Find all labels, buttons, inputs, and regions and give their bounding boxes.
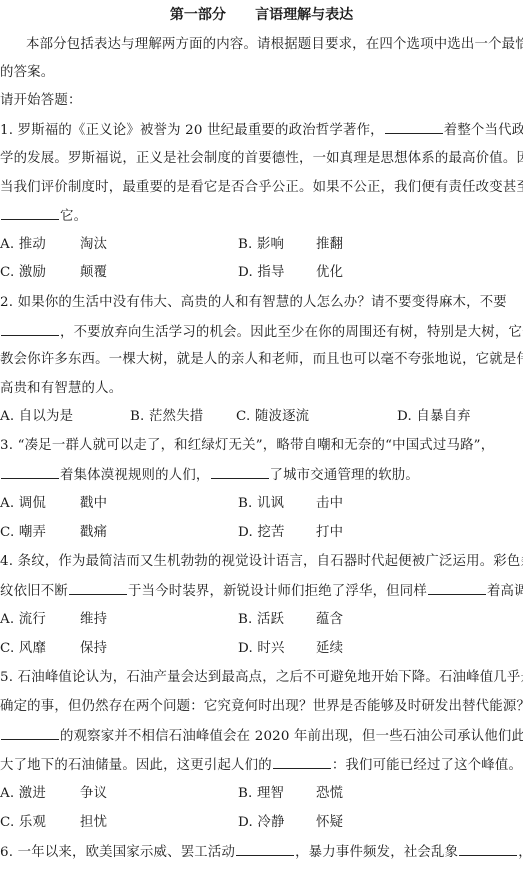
option-letter: C. bbox=[0, 641, 19, 656]
question-text: 着整个当代政治哲 bbox=[444, 123, 523, 138]
option-word-2: 争议 bbox=[80, 783, 107, 805]
question-text: 当我们评价制度时，最重要的是看它是否合乎公正。如果不公正，我们便有责任改变甚至 bbox=[0, 180, 523, 195]
question-text: 6. 一年以来，欧美国家示威、罢工活动 bbox=[0, 845, 235, 860]
option-d[interactable]: D. 挖苦打中 bbox=[238, 522, 285, 544]
section-name: 言语理解与表达 bbox=[255, 7, 353, 23]
option-b[interactable]: B. 活跃蕴含 bbox=[238, 609, 284, 631]
question-text: 3. “凑足一群人就可以走了，和红绿灯无关”，略带自嘲和无奈的“中国式过马路”， bbox=[0, 438, 494, 453]
option-d[interactable]: D. 冷静怀疑 bbox=[238, 812, 285, 834]
options-row: C. 风靡保持D. 时兴延续 bbox=[0, 638, 523, 660]
option-word-2: 蕴含 bbox=[316, 609, 343, 631]
question-text: ，不要放弃向生活学习的机会。因此至少在你的周围还有树，特别是大树，它会 bbox=[60, 325, 523, 340]
option-letter: B. bbox=[238, 496, 257, 511]
options-row: A. 自以为是B. 茫然失措C. 随波逐流D. 自暴自弃 bbox=[0, 406, 523, 428]
options-row: C. 乐观担忧D. 冷静怀疑 bbox=[0, 812, 523, 834]
options-row: C. 激励颠覆D. 指导优化 bbox=[0, 262, 523, 284]
question-1-line: 学的发展。罗斯福说，正义是社会制度的首要德性，一如真理是思想体系的最高价值。因此… bbox=[0, 148, 523, 170]
option-b[interactable]: B. 茫然失措 bbox=[130, 406, 203, 428]
option-word-2: 怀疑 bbox=[316, 812, 343, 834]
option-letter: A. bbox=[0, 409, 14, 424]
answer-blank bbox=[1, 205, 59, 220]
question-text: 了城市交通管理的软肋。 bbox=[270, 468, 420, 483]
option-a[interactable]: A. 调侃戳中 bbox=[0, 493, 46, 515]
intro-text-cont: 的答案。 bbox=[0, 62, 523, 84]
question-1-line: 当我们评价制度时，最重要的是看它是否合乎公正。如果不公正，我们便有责任改变甚至 bbox=[0, 177, 523, 199]
answer-blank bbox=[236, 841, 294, 856]
option-word-1: 时兴 bbox=[257, 641, 284, 656]
option-word-1: 嘲弄 bbox=[19, 525, 46, 540]
option-letter: D. bbox=[238, 265, 257, 280]
question-2-line: 高贵和有智慧的人。 bbox=[0, 378, 523, 400]
question-text: 4. 条纹，作为最简洁而又生机勃勃的视觉设计语言，自石器时代起便被广泛运用。彩色… bbox=[0, 554, 523, 569]
option-a[interactable]: A. 自以为是 bbox=[0, 406, 73, 428]
option-word-2: 延续 bbox=[316, 638, 343, 660]
option-word-1: 冷静 bbox=[257, 815, 284, 830]
option-letter: D. bbox=[238, 815, 257, 830]
option-word-1: 风靡 bbox=[19, 641, 46, 656]
question-6-line: 6. 一年以来，欧美国家示威、罢工活动，暴力事件频发，社会乱象， bbox=[0, 841, 523, 863]
option-word-1: 指导 bbox=[257, 265, 284, 280]
question-text: 确定的事，但仍然存在两个问题：它究竟何时出现？世界是否能够及时研发出替代能源？ bbox=[0, 699, 523, 714]
option-d[interactable]: D. 时兴延续 bbox=[238, 638, 285, 660]
options-row: A. 激进争议B. 理智恐慌 bbox=[0, 783, 523, 805]
option-word-1: 流行 bbox=[19, 612, 46, 627]
start-prompt: 请开始答题： bbox=[0, 90, 523, 112]
option-word-1: 影响 bbox=[257, 237, 284, 252]
options-row: A. 调侃戳中B. 讥讽击中 bbox=[0, 493, 523, 515]
question-2-line: 2. 如果你的生活中没有伟大、高贵的人和有智慧的人怎么办？请不要变得麻木，不要 bbox=[0, 292, 523, 314]
option-letter: C. bbox=[236, 409, 250, 424]
answer-blank bbox=[1, 725, 59, 740]
option-letter: C. bbox=[0, 525, 19, 540]
option-letter: C. bbox=[0, 815, 19, 830]
question-5-line: 确定的事，但仍然存在两个问题：它究竟何时出现？世界是否能够及时研发出替代能源？ bbox=[0, 696, 523, 718]
answer-blank bbox=[459, 841, 517, 856]
option-word-1: 讥讽 bbox=[257, 496, 284, 511]
question-4-line: 4. 条纹，作为最简洁而又生机勃勃的视觉设计语言，自石器时代起便被广泛运用。彩色… bbox=[0, 551, 523, 573]
section-part: 第一部分 bbox=[170, 7, 226, 23]
question-text: ，暴力事件频发，社会乱象 bbox=[295, 845, 458, 860]
options-row: A. 推动淘汰B. 影响推翻 bbox=[0, 234, 523, 256]
question-3-line: 着集体漠视规则的人们，了城市交通管理的软肋。 bbox=[0, 464, 523, 486]
option-letter: B. bbox=[130, 409, 145, 424]
answer-blank bbox=[385, 119, 443, 134]
question-text: 于当今时装界，新锐设计师们拒绝了浮华，但同样 bbox=[128, 584, 427, 599]
option-word-2: 淘汰 bbox=[80, 234, 107, 256]
answer-blank bbox=[273, 754, 331, 769]
option-word-1: 挖苦 bbox=[257, 525, 284, 540]
exam-page: 第一部分 言语理解与表达 本部分包括表达与理解两方面的内容。请根据题目要求，在四… bbox=[0, 0, 523, 884]
option-word-1: 激励 bbox=[19, 265, 46, 280]
answer-blank bbox=[1, 464, 59, 479]
option-word-1: 随波逐流 bbox=[255, 409, 309, 424]
question-2-line: ，不要放弃向生活学习的机会。因此至少在你的周围还有树，特别是大树，它会 bbox=[0, 321, 523, 343]
option-word-1: 理智 bbox=[257, 786, 284, 801]
question-3-line: 3. “凑足一群人就可以走了，和红绿灯无关”，略带自嘲和无奈的“中国式过马路”， bbox=[0, 435, 523, 457]
option-c[interactable]: C. 乐观担忧 bbox=[0, 812, 46, 834]
question-text: ：我们可能已经过了这个峰值。 bbox=[332, 758, 522, 773]
option-letter: B. bbox=[238, 786, 257, 801]
option-letter: A. bbox=[0, 786, 19, 801]
option-word-2: 保持 bbox=[80, 638, 107, 660]
option-letter: D. bbox=[238, 525, 257, 540]
options-row: C. 嘲弄戳痛D. 挖苦打中 bbox=[0, 522, 523, 544]
option-letter: A. bbox=[0, 612, 19, 627]
option-b[interactable]: B. 讥讽击中 bbox=[238, 493, 284, 515]
question-text: 的观察家并不相信石油峰值会在 2020 年前出现，但一些石油公司承认他们此前夸 bbox=[60, 729, 523, 744]
option-letter: B. bbox=[238, 612, 257, 627]
question-text: 纹依旧不断 bbox=[0, 584, 68, 599]
option-b[interactable]: B. 理智恐慌 bbox=[238, 783, 284, 805]
answer-blank bbox=[69, 580, 127, 595]
option-letter: A. bbox=[0, 237, 19, 252]
question-text: 2. 如果你的生活中没有伟大、高贵的人和有智慧的人怎么办？请不要变得麻木，不要 bbox=[0, 295, 507, 310]
option-word-2: 优化 bbox=[316, 262, 343, 284]
question-4-line: 纹依旧不断于当今时装界，新锐设计师们拒绝了浮华，但同样着高调。 bbox=[0, 580, 523, 602]
question-text: 着高调。 bbox=[487, 584, 523, 599]
option-word-2: 打中 bbox=[316, 522, 343, 544]
answer-blank bbox=[428, 580, 486, 595]
option-word-2: 戳中 bbox=[80, 493, 107, 515]
question-1-line: 它。 bbox=[0, 205, 523, 227]
option-letter: D. bbox=[397, 409, 412, 424]
question-text: 着集体漠视规则的人们， bbox=[60, 468, 210, 483]
question-text: 5. 石油峰值论认为，石油产量会达到最高点，之后不可避免地开始下降。石油峰值几乎… bbox=[0, 670, 523, 685]
option-letter: B. bbox=[238, 237, 257, 252]
question-2-line: 教会你许多东西。一棵大树，就是人的亲人和老师，而且也可以毫不夸张地说，它就是伟大… bbox=[0, 349, 523, 371]
question-text: ， bbox=[518, 845, 523, 860]
option-d[interactable]: D. 指导优化 bbox=[238, 262, 285, 284]
option-c[interactable]: C. 嘲弄戳痛 bbox=[0, 522, 46, 544]
option-c[interactable]: C. 风靡保持 bbox=[0, 638, 46, 660]
option-word-2: 推翻 bbox=[316, 234, 343, 256]
option-word-2: 担忧 bbox=[80, 812, 107, 834]
option-word-1: 调侃 bbox=[19, 496, 46, 511]
option-b[interactable]: B. 影响推翻 bbox=[238, 234, 284, 256]
option-d[interactable]: D. 自暴自弃 bbox=[397, 406, 471, 428]
question-text: 大了地下的石油储量。因此，这更引起人们的 bbox=[0, 758, 272, 773]
options-row: A. 流行维持B. 活跃蕴含 bbox=[0, 609, 523, 631]
answer-blank bbox=[1, 321, 59, 336]
question-5-line: 5. 石油峰值论认为，石油产量会达到最高点，之后不可避免地开始下降。石油峰值几乎… bbox=[0, 667, 523, 689]
question-5-line: 的观察家并不相信石油峰值会在 2020 年前出现，但一些石油公司承认他们此前夸 bbox=[0, 725, 523, 747]
question-text: 教会你许多东西。一棵大树，就是人的亲人和老师，而且也可以毫不夸张地说，它就是伟大… bbox=[0, 352, 523, 367]
question-text: 高贵和有智慧的人。 bbox=[0, 381, 122, 396]
option-letter: C. bbox=[0, 265, 19, 280]
option-word-1: 激进 bbox=[19, 786, 46, 801]
option-letter: A. bbox=[0, 496, 19, 511]
option-word-2: 维持 bbox=[80, 609, 107, 631]
option-word-2: 击中 bbox=[316, 493, 343, 515]
intro-text: 本部分包括表达与理解两方面的内容。请根据题目要求，在四个选项中选出一个最恰当 bbox=[0, 34, 523, 56]
question-1-line: 1. 罗斯福的《正义论》被誉为 20 世纪最重要的政治哲学著作，着整个当代政治哲 bbox=[0, 119, 523, 141]
option-word-2: 戳痛 bbox=[80, 522, 107, 544]
option-a[interactable]: A. 激进争议 bbox=[0, 783, 46, 805]
option-word-2: 颠覆 bbox=[80, 262, 107, 284]
option-c[interactable]: C. 随波逐流 bbox=[236, 406, 309, 428]
option-word-1: 茫然失措 bbox=[149, 409, 203, 424]
option-word-1: 乐观 bbox=[19, 815, 46, 830]
option-a[interactable]: A. 流行维持 bbox=[0, 609, 46, 631]
option-word-1: 推动 bbox=[19, 237, 46, 252]
option-word-2: 恐慌 bbox=[316, 783, 343, 805]
option-word-1: 自暴自弃 bbox=[416, 409, 470, 424]
option-word-1: 自以为是 bbox=[19, 409, 73, 424]
question-text: 1. 罗斯福的《正义论》被誉为 20 世纪最重要的政治哲学著作， bbox=[0, 123, 384, 138]
question-5-line: 大了地下的石油储量。因此，这更引起人们的：我们可能已经过了这个峰值。 bbox=[0, 754, 523, 776]
option-a[interactable]: A. 推动淘汰 bbox=[0, 234, 46, 256]
section-title: 第一部分 言语理解与表达 bbox=[0, 4, 523, 26]
option-c[interactable]: C. 激励颠覆 bbox=[0, 262, 46, 284]
answer-blank bbox=[211, 464, 269, 479]
question-text: 它。 bbox=[60, 209, 87, 224]
option-letter: D. bbox=[238, 641, 257, 656]
option-word-1: 活跃 bbox=[257, 612, 284, 627]
question-text: 学的发展。罗斯福说，正义是社会制度的首要德性，一如真理是思想体系的最高价值。因此… bbox=[0, 151, 523, 166]
